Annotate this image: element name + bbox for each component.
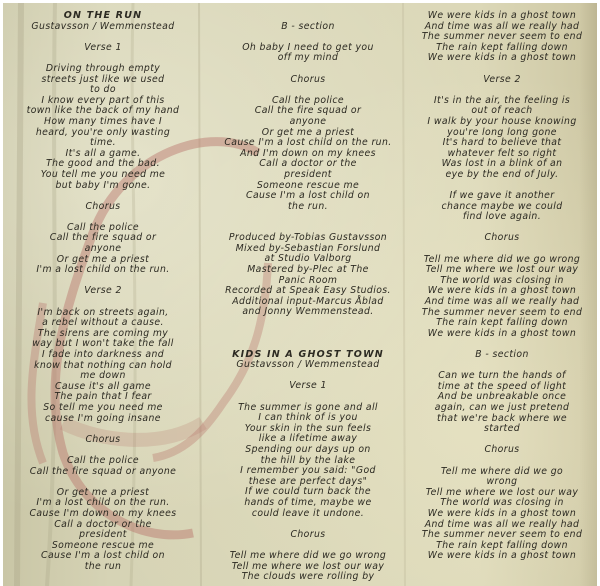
column-kids-in-a-ghost-town-cont: We were kids in a ghost town And time wa… [408, 11, 596, 562]
lyric-line: We were kids in a ghost town [408, 329, 596, 340]
column-middle: B - section Oh baby I need to get you of… [208, 11, 408, 583]
lyric-line: off my mind [208, 53, 408, 64]
lyric-line: Cause I'm down on my knees [7, 509, 199, 520]
section-heading: Verse 2 [408, 75, 596, 86]
section-heading: B - section [408, 350, 596, 361]
lyric-line: We were kids in a ghost town [408, 551, 596, 562]
lyric-line: find love again. [408, 212, 596, 223]
lyric-line: You tell me you need me [7, 170, 199, 181]
lyric-line: cause I'm going insane [7, 414, 199, 425]
lyric-line: Driving through empty [7, 64, 199, 75]
section-heading: Chorus [408, 445, 596, 456]
lyric-line: So tell me you need me [7, 403, 199, 414]
songwriters: Gustavsson / Wemmenstead [208, 360, 408, 371]
song-title: ON THE RUN [7, 11, 199, 22]
lyric-line: but baby I'm gone. [7, 181, 199, 192]
lyric-line: hands of time, maybe we [208, 498, 408, 509]
lyric-line: the run [7, 562, 199, 573]
lyric-line: I'm a lost child on the run. [7, 265, 199, 276]
lyric-line: Call the police [7, 456, 199, 467]
lyric-line: Call the fire squad or anyone [7, 467, 199, 478]
lyric-line: again, can we just pretend [408, 403, 596, 414]
section-heading: Chorus [7, 202, 199, 213]
lyric-line: Spending our days up on [208, 445, 408, 456]
lyric-line: could leave it undone. [208, 509, 408, 520]
section-heading: Verse 1 [7, 43, 199, 54]
section-heading: Chorus [7, 435, 199, 446]
lyric-line: We were kids in a ghost town [408, 11, 596, 22]
lyric-line: The clouds were rolling by [208, 572, 408, 583]
lyric-line: started [408, 424, 596, 435]
section-heading: Chorus [208, 75, 408, 86]
lyrics-page: ON THE RUN Gustavsson / Wemmenstead Vers… [3, 3, 597, 586]
songwriters: Gustavsson / Wemmenstead [7, 22, 199, 33]
lyric-line: We were kids in a ghost town [408, 509, 596, 520]
section-heading: Verse 2 [7, 286, 199, 297]
lyric-line: We were kids in a ghost town [408, 53, 596, 64]
section-heading: Verse 1 [208, 381, 408, 392]
lyric-line: How many times have I [7, 117, 199, 128]
lyric-line: the run. [208, 202, 408, 213]
lyric-line: eye by the end of July. [408, 170, 596, 181]
section-heading: Chorus [408, 233, 596, 244]
section-heading: Chorus [208, 530, 408, 541]
section-heading: B - section [208, 22, 408, 33]
lyric-line: I fade into darkness and [7, 350, 199, 361]
lyric-line: I walk by your house knowing [408, 117, 596, 128]
credit-line: and Jonny Wemmenstead. [208, 307, 408, 318]
column-on-the-run: ON THE RUN Gustavsson / Wemmenstead Vers… [7, 11, 199, 572]
lyric-line: Tell me where did we go wrong [208, 551, 408, 562]
lyric-line: president [208, 170, 408, 181]
lyric-line: anyone [208, 117, 408, 128]
